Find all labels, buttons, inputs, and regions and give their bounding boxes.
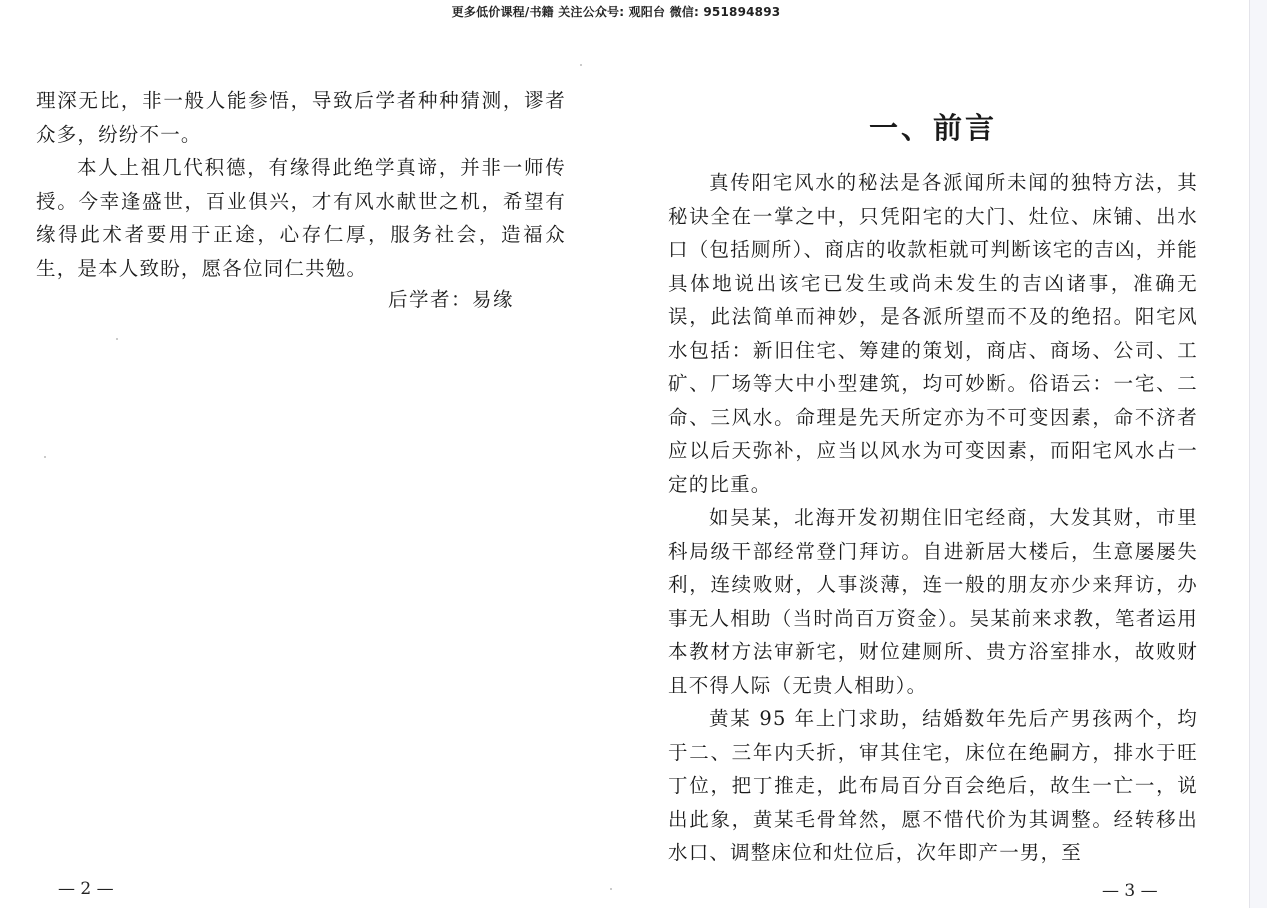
vertical-scrollbar[interactable]	[1249, 0, 1267, 908]
paragraph: 本人上祖几代积德，有缘得此绝学真谛，并非一师传授。今幸逢盛世，百业俱兴，才有风水…	[36, 151, 566, 285]
paragraph: 如吴某，北海开发初期住旧宅经商，大发其财，市里科局级干部经常登门拜访。自进新居大…	[668, 501, 1198, 702]
scan-speck	[116, 338, 118, 340]
page-3: 一、前言 真传阳宅风水的秘法是各派闻所未闻的独特方法，其秘诀全在一掌之中，只凭阳…	[668, 0, 1198, 908]
page-2: 理深无比，非一般人能参悟，导致后学者种种猜测，谬者众多，纷纷不一。 本人上祖几代…	[36, 0, 566, 908]
page-2-body: 理深无比，非一般人能参悟，导致后学者种种猜测，谬者众多，纷纷不一。 本人上祖几代…	[36, 84, 566, 285]
page-number-left: — 2 —	[58, 879, 114, 899]
scan-speck	[580, 64, 582, 66]
page-number-right: — 3 —	[1102, 881, 1158, 901]
page-3-body: 真传阳宅风水的秘法是各派闻所未闻的独特方法，其秘诀全在一掌之中，只凭阳宅的大门、…	[668, 166, 1198, 870]
chapter-title: 一、前言	[668, 106, 1198, 147]
scan-speck	[44, 456, 46, 458]
paragraph: 真传阳宅风水的秘法是各派闻所未闻的独特方法，其秘诀全在一掌之中，只凭阳宅的大门、…	[668, 166, 1198, 501]
document-viewer: 更多低价课程/书籍 关注公众号: 观阳台 微信: 951894893 理深无比，…	[0, 0, 1249, 908]
scan-speck	[610, 888, 612, 890]
paragraph: 理深无比，非一般人能参悟，导致后学者种种猜测，谬者众多，纷纷不一。	[36, 84, 566, 151]
author-signature: 后学者：易缘	[388, 284, 514, 312]
paragraph: 黄某 95 年上门求助，结婚数年先后产男孩两个，均于二、三年内夭折，审其住宅，床…	[668, 702, 1198, 870]
